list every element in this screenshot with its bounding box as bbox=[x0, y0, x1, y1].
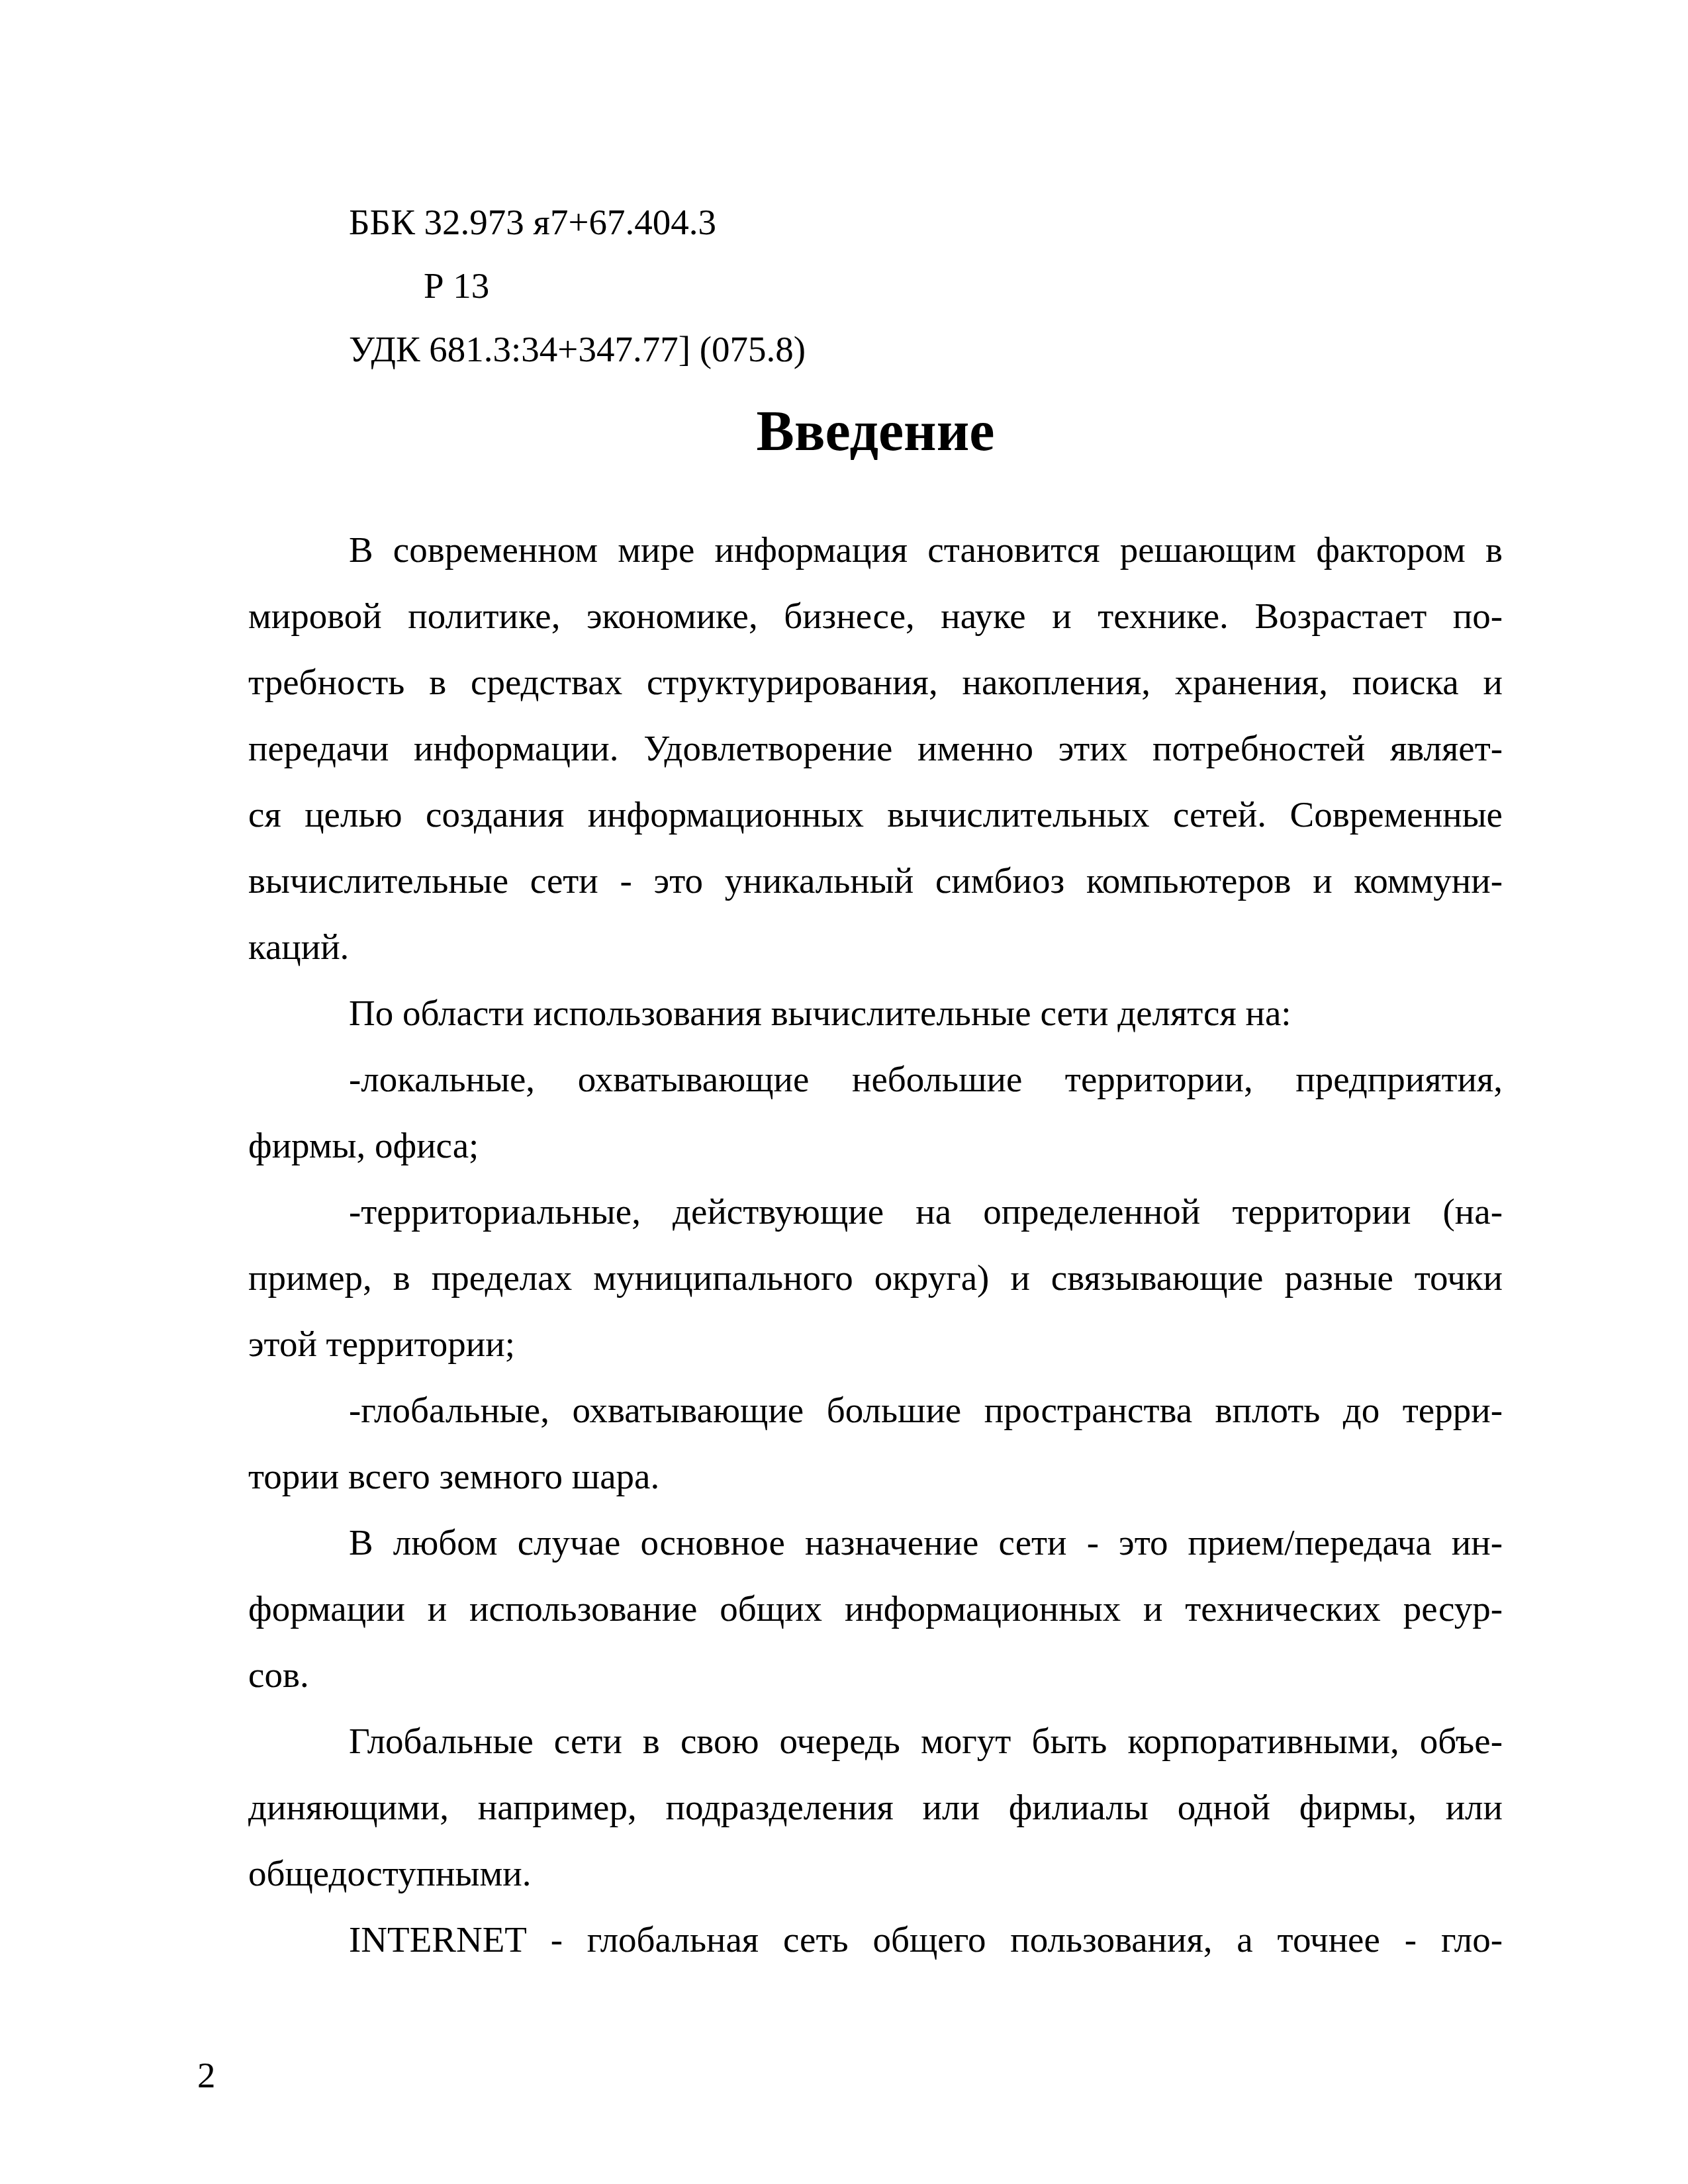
text-line: требность в средствах структурирования, … bbox=[248, 649, 1503, 715]
text-line: В современном мире информация становится… bbox=[248, 517, 1503, 583]
text-line: В любом случае основное назначение сети … bbox=[248, 1510, 1503, 1576]
page-number: 2 bbox=[197, 2042, 216, 2109]
text-line: вычислительные сети - это уникальный сим… bbox=[248, 848, 1503, 914]
text-line: Глобальные сети в свою очередь могут быт… bbox=[248, 1708, 1503, 1774]
text-line: мировой политике, экономике, бизнесе, на… bbox=[248, 583, 1503, 649]
text-line: пример, в пределах муниципального округа… bbox=[248, 1245, 1503, 1311]
text-line: -локальные, охватывающие небольшие терри… bbox=[248, 1046, 1503, 1113]
text-line: общедоступными. bbox=[248, 1841, 1503, 1907]
text-line: формации и использование общих информаци… bbox=[248, 1576, 1503, 1642]
text-line: фирмы, офиса; bbox=[248, 1113, 1503, 1179]
bbk-code-line: ББК 32.973 я7+67.404.3 bbox=[349, 191, 1507, 254]
text-line: -глобальные, охватывающие большие простр… bbox=[248, 1377, 1503, 1443]
text-line: диняющими, например, подразделения или ф… bbox=[248, 1774, 1503, 1841]
text-line: каций. bbox=[248, 914, 1503, 980]
text-line: тории всего земного шара. bbox=[248, 1443, 1503, 1510]
text-line: ся целью создания информационных вычисли… bbox=[248, 782, 1503, 848]
catalog-codes-block: ББК 32.973 я7+67.404.3 Р 13 УДК 681.3:34… bbox=[349, 191, 1507, 381]
text-line: этой территории; bbox=[248, 1311, 1503, 1377]
catalog-cipher-line: Р 13 bbox=[349, 254, 1507, 318]
page-title: Введение bbox=[248, 401, 1503, 461]
document-page: ББК 32.973 я7+67.404.3 Р 13 УДК 681.3:34… bbox=[0, 0, 1688, 2184]
text-line: сов. bbox=[248, 1642, 1503, 1708]
body-text-block: В современном мире информация становится… bbox=[248, 517, 1503, 1973]
text-line: передачи информации. Удовлетворение имен… bbox=[248, 715, 1503, 782]
udk-code-line: УДК 681.3:34+347.77] (075.8) bbox=[349, 318, 1507, 381]
text-line: -территориальные, действующие на определ… bbox=[248, 1179, 1503, 1245]
text-line: INTERNET - глобальная сеть общего пользо… bbox=[248, 1907, 1503, 1973]
text-line: По области использования вычислительные … bbox=[248, 980, 1503, 1046]
